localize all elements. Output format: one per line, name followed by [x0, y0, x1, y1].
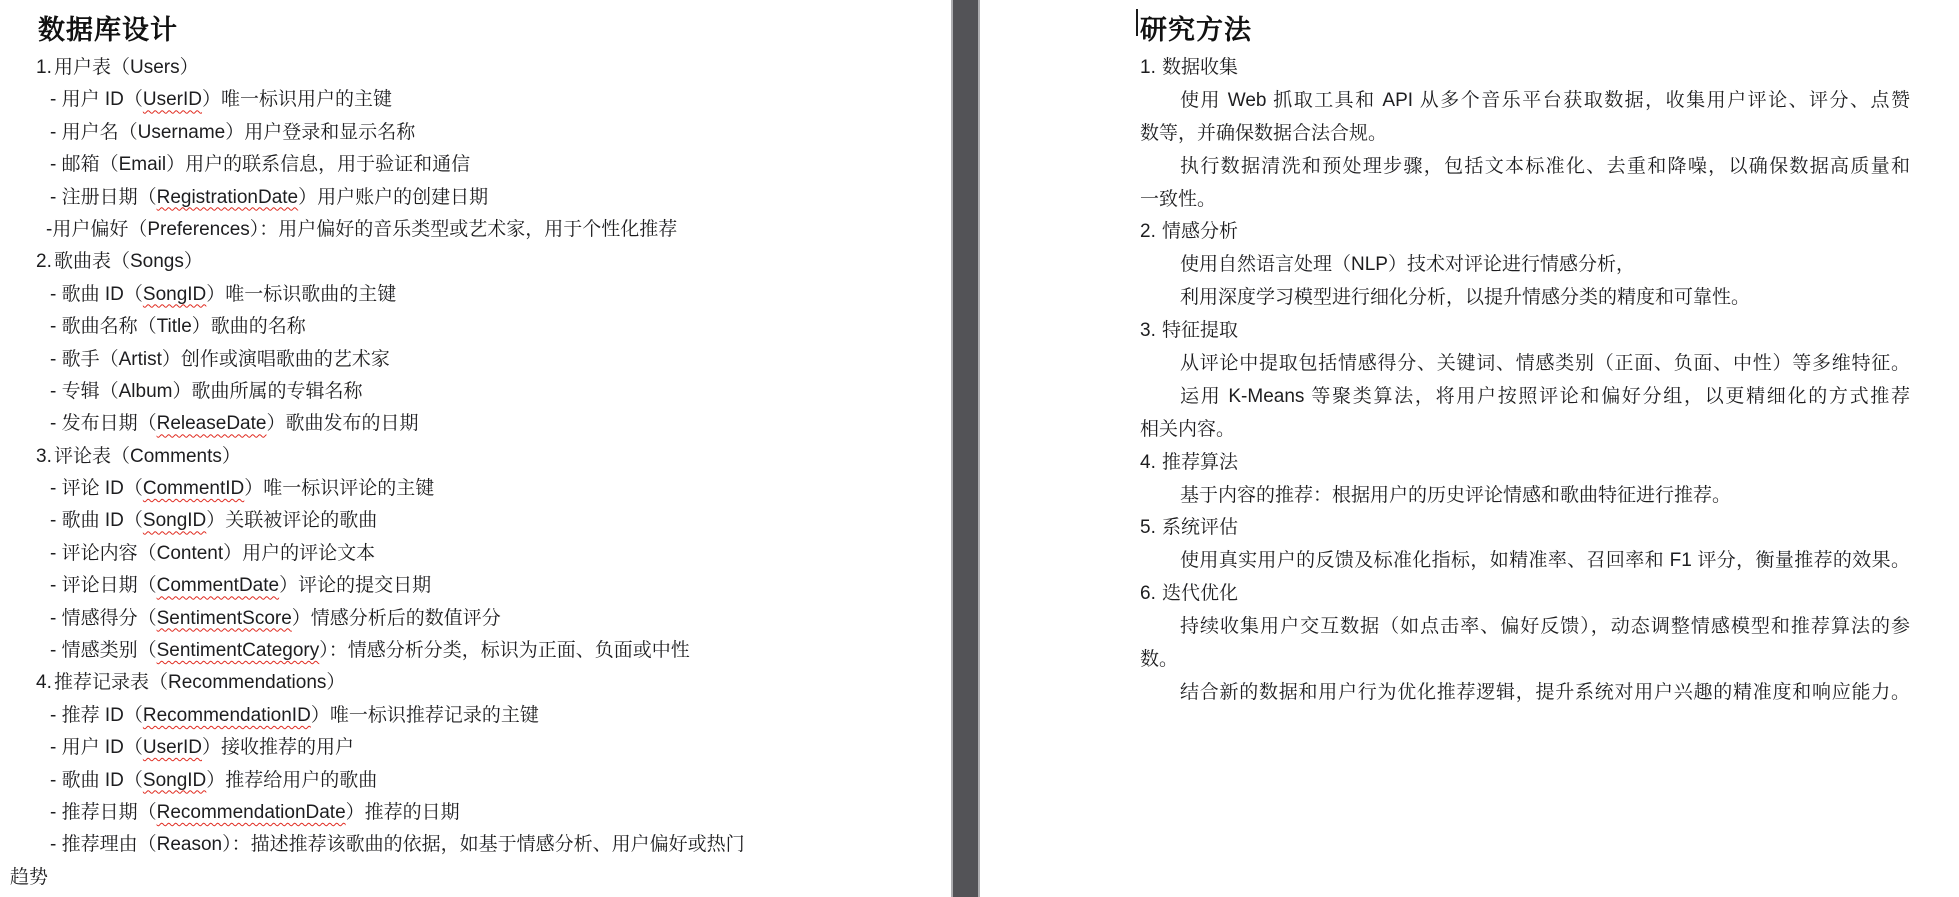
- doc-line: - 歌手（Artist）创作或演唱歌曲的艺术家: [0, 344, 940, 376]
- doc-line: - 专辑（Album）歌曲所属的专辑名称: [0, 376, 940, 408]
- spellcheck-squiggle: CommentDate: [157, 575, 280, 596]
- doc-line: 数。: [1140, 644, 1910, 677]
- doc-line: - 推荐日期（RecommendationDate）推荐的日期: [0, 797, 940, 829]
- doc-line: - 评论 ID（CommentID）唯一标识评论的主键: [0, 473, 940, 505]
- spellcheck-squiggle: ReleaseDate: [157, 413, 267, 434]
- doc-line: 数等，并确保数据合法合规。: [1140, 118, 1910, 151]
- doc-line: 1.数据收集: [1140, 52, 1910, 85]
- doc-line: - 邮箱（Email）用户的联系信息，用于验证和通信: [0, 149, 940, 181]
- doc-line: 利用深度学习模型进行细化分析，以提升情感分类的精度和可靠性。: [1140, 282, 1910, 315]
- text-cursor: [1136, 9, 1138, 36]
- doc-line: - 推荐 ID（RecommendationID）唯一标识推荐记录的主键: [0, 700, 940, 732]
- doc-line: 2.歌曲表（Songs）: [0, 246, 940, 278]
- list-number: 1.: [1140, 52, 1162, 85]
- doc-line: 1.用户表（Users）: [0, 52, 940, 84]
- doc-line: - 用户名（Username）用户登录和显示名称: [0, 117, 940, 149]
- list-item-text: 推荐记录表（Recommendations）: [54, 672, 345, 693]
- doc-line: 6.迭代优化: [1140, 578, 1910, 611]
- right-page-title: 研究方法: [1140, 8, 1252, 47]
- list-number: 2.: [36, 246, 54, 278]
- right-page[interactable]: 研究方法 1.数据收集使用 Web 抓取工具和 API 从多个音乐平台获取数据，…: [980, 0, 1959, 897]
- doc-line: 持续收集用户交互数据（如点击率、偏好反馈），动态调整情感模型和推荐算法的参: [1140, 611, 1910, 644]
- doc-line: 4.推荐记录表（Recommendations）: [0, 667, 940, 699]
- doc-line: 从评论中提取包括情感得分、关键词、情感类别（正面、负面、中性）等多维特征。: [1140, 348, 1910, 381]
- doc-line: 3.特征提取: [1140, 315, 1910, 348]
- doc-line: 使用 Web 抓取工具和 API 从多个音乐平台获取数据，收集用户评论、评分、点…: [1140, 85, 1910, 118]
- doc-line: - 歌曲 ID（SongID）推荐给用户的歌曲: [0, 765, 940, 797]
- doc-line: - 用户 ID（UserID）唯一标识用户的主键: [0, 84, 940, 116]
- left-page-title: 数据库设计: [38, 8, 178, 47]
- right-page-content: 1.数据收集使用 Web 抓取工具和 API 从多个音乐平台获取数据，收集用户评…: [1140, 52, 1910, 710]
- doc-line: - 歌曲 ID（SongID）关联被评论的歌曲: [0, 505, 940, 537]
- doc-line: 使用自然语言处理（NLP）技术对评论进行情感分析，: [1140, 249, 1910, 282]
- spellcheck-squiggle: RecommendationDate: [157, 802, 346, 823]
- spellcheck-squiggle: RegistrationDate: [157, 187, 299, 208]
- list-number: 5.: [1140, 512, 1162, 545]
- list-number: 4.: [36, 667, 54, 699]
- doc-line: - 歌曲 ID（SongID）唯一标识歌曲的主键: [0, 279, 940, 311]
- spellcheck-squiggle: UserID: [143, 89, 202, 110]
- spellcheck-squiggle: SentimentCategory: [157, 640, 320, 661]
- spellcheck-squiggle: CommentID: [143, 478, 244, 499]
- spellcheck-squiggle: SongID: [143, 284, 206, 305]
- list-number: 4.: [1140, 447, 1162, 480]
- doc-line: 4.推荐算法: [1140, 447, 1910, 480]
- list-item-text: 歌曲表（Songs）: [54, 251, 203, 272]
- list-item-text: 特征提取: [1162, 320, 1238, 341]
- doc-line: -用户偏好（Preferences）：用户偏好的音乐类型或艺术家，用于个性化推荐: [0, 214, 940, 246]
- page-divider: [951, 0, 980, 897]
- doc-line: - 评论内容（Content）用户的评论文本: [0, 538, 940, 570]
- doc-line: - 情感类别（SentimentCategory）：情感分析分类，标识为正面、负…: [0, 635, 940, 667]
- list-number: 2.: [1140, 216, 1162, 249]
- spellcheck-squiggle: SongID: [143, 770, 206, 791]
- doc-line: - 推荐理由（Reason）：描述推荐该歌曲的依据，如基于情感分析、用户偏好或热…: [0, 829, 940, 861]
- left-page-content: 1.用户表（Users）- 用户 ID（UserID）唯一标识用户的主键- 用户…: [0, 52, 940, 894]
- spellcheck-squiggle: SentimentScore: [157, 608, 292, 629]
- doc-line: 趋势: [0, 862, 940, 894]
- list-number: 1.: [36, 52, 54, 84]
- doc-line: 基于内容的推荐：根据用户的历史评论情感和歌曲特征进行推荐。: [1140, 480, 1910, 513]
- doc-line: - 用户 ID（UserID）接收推荐的用户: [0, 732, 940, 764]
- list-number: 3.: [36, 441, 54, 473]
- spellcheck-squiggle: UserID: [143, 737, 202, 758]
- list-item-text: 用户表（Users）: [54, 57, 199, 78]
- doc-line: 结合新的数据和用户行为优化推荐逻辑，提升系统对用户兴趣的精准度和响应能力。: [1140, 677, 1910, 710]
- spellcheck-squiggle: RecommendationID: [143, 705, 311, 726]
- doc-line: 一致性。: [1140, 184, 1910, 217]
- doc-line: - 歌曲名称（Title）歌曲的名称: [0, 311, 940, 343]
- spellcheck-squiggle: SongID: [143, 510, 206, 531]
- list-item-text: 评论表（Comments）: [54, 446, 241, 467]
- doc-line: 5.系统评估: [1140, 512, 1910, 545]
- list-number: 3.: [1140, 315, 1162, 348]
- list-item-text: 数据收集: [1162, 57, 1238, 78]
- doc-line: 3.评论表（Comments）: [0, 441, 940, 473]
- list-item-text: 迭代优化: [1162, 583, 1238, 604]
- doc-line: 2.情感分析: [1140, 216, 1910, 249]
- doc-line: - 情感得分（SentimentScore）情感分析后的数值评分: [0, 603, 940, 635]
- doc-line: - 评论日期（CommentDate）评论的提交日期: [0, 570, 940, 602]
- list-item-text: 情感分析: [1162, 221, 1238, 242]
- list-number: 6.: [1140, 578, 1162, 611]
- doc-line: 执行数据清洗和预处理步骤，包括文本标准化、去重和降噪，以确保数据高质量和: [1140, 151, 1910, 184]
- list-item-text: 推荐算法: [1162, 452, 1238, 473]
- left-page[interactable]: 数据库设计 1.用户表（Users）- 用户 ID（UserID）唯一标识用户的…: [0, 0, 951, 897]
- doc-line: 运用 K-Means 等聚类算法，将用户按照评论和偏好分组，以更精细化的方式推荐: [1140, 381, 1910, 414]
- list-item-text: 系统评估: [1162, 517, 1238, 538]
- doc-line: - 注册日期（RegistrationDate）用户账户的创建日期: [0, 182, 940, 214]
- doc-line: - 发布日期（ReleaseDate）歌曲发布的日期: [0, 408, 940, 440]
- doc-line: 使用真实用户的反馈及标准化指标，如精准率、召回率和 F1 评分，衡量推荐的效果。: [1140, 545, 1910, 578]
- doc-line: 相关内容。: [1140, 414, 1910, 447]
